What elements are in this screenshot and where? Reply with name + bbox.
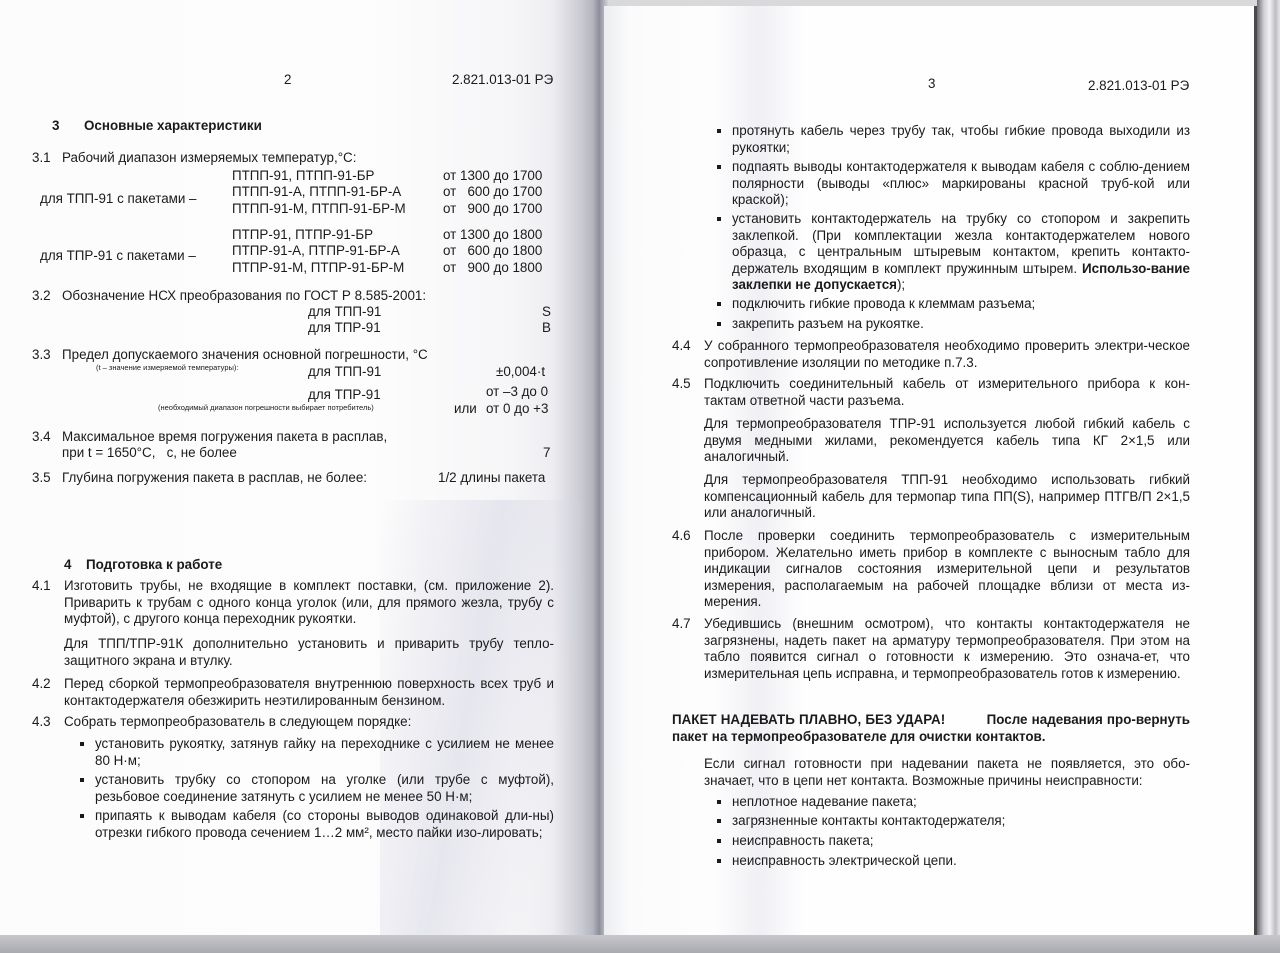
list-item-tail: ); (897, 277, 905, 292)
document-spread: 2 2.821.013-01 РЭ 3 Основные характерист… (0, 0, 1280, 953)
temp-range: от 1300 до 1700 (443, 168, 542, 184)
clause-text: Максимальное время погружения пакета в р… (62, 429, 387, 445)
row-value: от 0 до +3 (486, 401, 548, 417)
footnote: (t – значение измеряемой температуры): (96, 363, 238, 372)
list-item: неисправность электрической цепи. (732, 853, 1190, 870)
list-item: установить рукоятку, затянув гайку на пе… (95, 736, 554, 769)
clause-number: 4.6 (672, 528, 691, 545)
section-title: Подготовка к работе (86, 557, 222, 573)
right-page: 3 2.821.013-01 РЭ протянуть кабель через… (604, 6, 1257, 946)
clause-text: Перед сборкой термопреобразователя внутр… (64, 676, 554, 709)
clause-number: 3.1 (32, 150, 51, 166)
list-item: припаять к выводам кабеля (со стороны вы… (95, 808, 554, 841)
clause-number: 3.4 (32, 429, 51, 445)
clause-text: Изготовить трубы, не входящие в комплект… (64, 578, 554, 628)
list-item: установить контактодержатель на трубку с… (732, 211, 1190, 294)
clause-text: Глубина погружения пакета в расплав, не … (62, 470, 367, 486)
packet-names: ПТПП-91, ПТПП-91-БР (232, 168, 374, 184)
list-item: неплотное надевание пакета; (732, 794, 1190, 811)
list-item: неисправность пакета; (732, 833, 1190, 850)
page-number: 3 (928, 76, 935, 92)
clause-number: 4.2 (32, 676, 51, 693)
warning-text: ПАКЕТ НАДЕВАТЬ ПЛАВНО, БЕЗ УДАРА! После … (672, 712, 1190, 745)
clause-text: Подключить соединительный кабель от изме… (704, 376, 1190, 409)
row-label: для ТПП-91 (308, 304, 381, 320)
page-edges (1257, 0, 1280, 953)
packet-names: ПТПР-91-М, ПТПР-91-БР-М (232, 260, 404, 276)
group-label: для ТПР-91 с пакетами – (40, 248, 196, 264)
section-number: 4 (64, 557, 71, 573)
clause-text: У собранного термопреобразователя необхо… (704, 338, 1190, 371)
section-title: Основные характеристики (84, 118, 262, 134)
clause-number: 4.1 (32, 578, 51, 595)
temp-range: от 1300 до 1800 (443, 227, 542, 243)
page-number: 2 (284, 72, 291, 88)
temp-range: от 600 до 1700 (443, 184, 542, 200)
list-item: загрязненные контакты контактодержателя; (732, 813, 1190, 830)
clause-text: Собрать термопреобразователь в следующем… (64, 714, 411, 730)
row-label: для ТПР-91 (308, 387, 381, 403)
clause-text: После проверки соединить термопреобразов… (704, 528, 1190, 611)
list-item: подпаять выводы контактодержателя к выво… (732, 159, 1190, 209)
clause-number: 4.7 (672, 616, 691, 633)
clause-text: Для термопреобразователя ТПП-91 необходи… (704, 472, 1190, 522)
clause-text: при t = 1650°С, с, не более (62, 445, 237, 461)
clause-text: Рабочий диапазон измеряемых температур,°… (62, 150, 356, 166)
row-label: для ТПП-91 (308, 364, 381, 380)
row-value: ±0,004·t (496, 364, 545, 380)
row-value: S (542, 304, 551, 320)
clause-number: 3.3 (32, 347, 51, 363)
fault-intro: Если сигнал готовности при надевании пак… (704, 756, 1190, 789)
list-item: подключить гибкие провода к клеммам разъ… (732, 296, 1190, 313)
row-value: 7 (543, 445, 550, 461)
clause-number: 3.5 (32, 470, 51, 486)
list-item: протянуть кабель через трубу так, чтобы … (732, 123, 1190, 156)
clause-number: 4.3 (32, 714, 51, 731)
row-value: 1/2 длины пакета (438, 470, 545, 486)
packet-names: ПТПП-91-А, ПТПП-91-БР-А (232, 184, 401, 200)
clause-text: Предел допускаемого значения основной по… (62, 347, 428, 363)
clause-number: 4.4 (672, 338, 691, 355)
packet-names: ПТПП-91-М, ПТПП-91-БР-М (232, 201, 406, 217)
list-item: установить трубку со стопором на уголке … (95, 772, 554, 805)
group-label: для ТПП-91 с пакетами – (40, 191, 197, 207)
doc-code: 2.821.013-01 РЭ (1088, 78, 1189, 94)
clause-text: Обозначение НСХ преобразования по ГОСТ Р… (62, 288, 426, 304)
list-item: закрепить разъем на рукоятке. (732, 316, 1190, 333)
left-page: 2 2.821.013-01 РЭ 3 Основные характерист… (0, 0, 600, 938)
footnote: (необходимый диапазон погрешности выбира… (158, 403, 374, 412)
row-label: для ТПР-91 (308, 320, 381, 336)
clause-text: Для ТПП/ТПР-91К дополнительно установить… (64, 636, 554, 669)
clause-number: 4.5 (672, 376, 691, 393)
clause-number: 3.2 (32, 288, 51, 304)
section-number: 3 (52, 118, 59, 134)
temp-range: от 900 до 1700 (443, 201, 542, 217)
or-label: или (454, 401, 477, 417)
packet-names: ПТПР-91-А, ПТПР-91-БР-А (232, 243, 400, 259)
scan-bottom-edge (0, 935, 1280, 953)
row-value: В (542, 320, 551, 336)
temp-range: от 600 до 1800 (443, 243, 542, 259)
clause-text: Убедившись (внешним осмотром), что конта… (704, 616, 1190, 682)
clause-text: Для термопреобразователя ТПР-91 использу… (704, 416, 1190, 466)
temp-range: от 900 до 1800 (443, 260, 542, 276)
doc-code: 2.821.013-01 РЭ (452, 72, 553, 88)
row-value: от –3 до 0 (486, 384, 548, 400)
packet-names: ПТПР-91, ПТПР-91-БР (232, 227, 373, 243)
